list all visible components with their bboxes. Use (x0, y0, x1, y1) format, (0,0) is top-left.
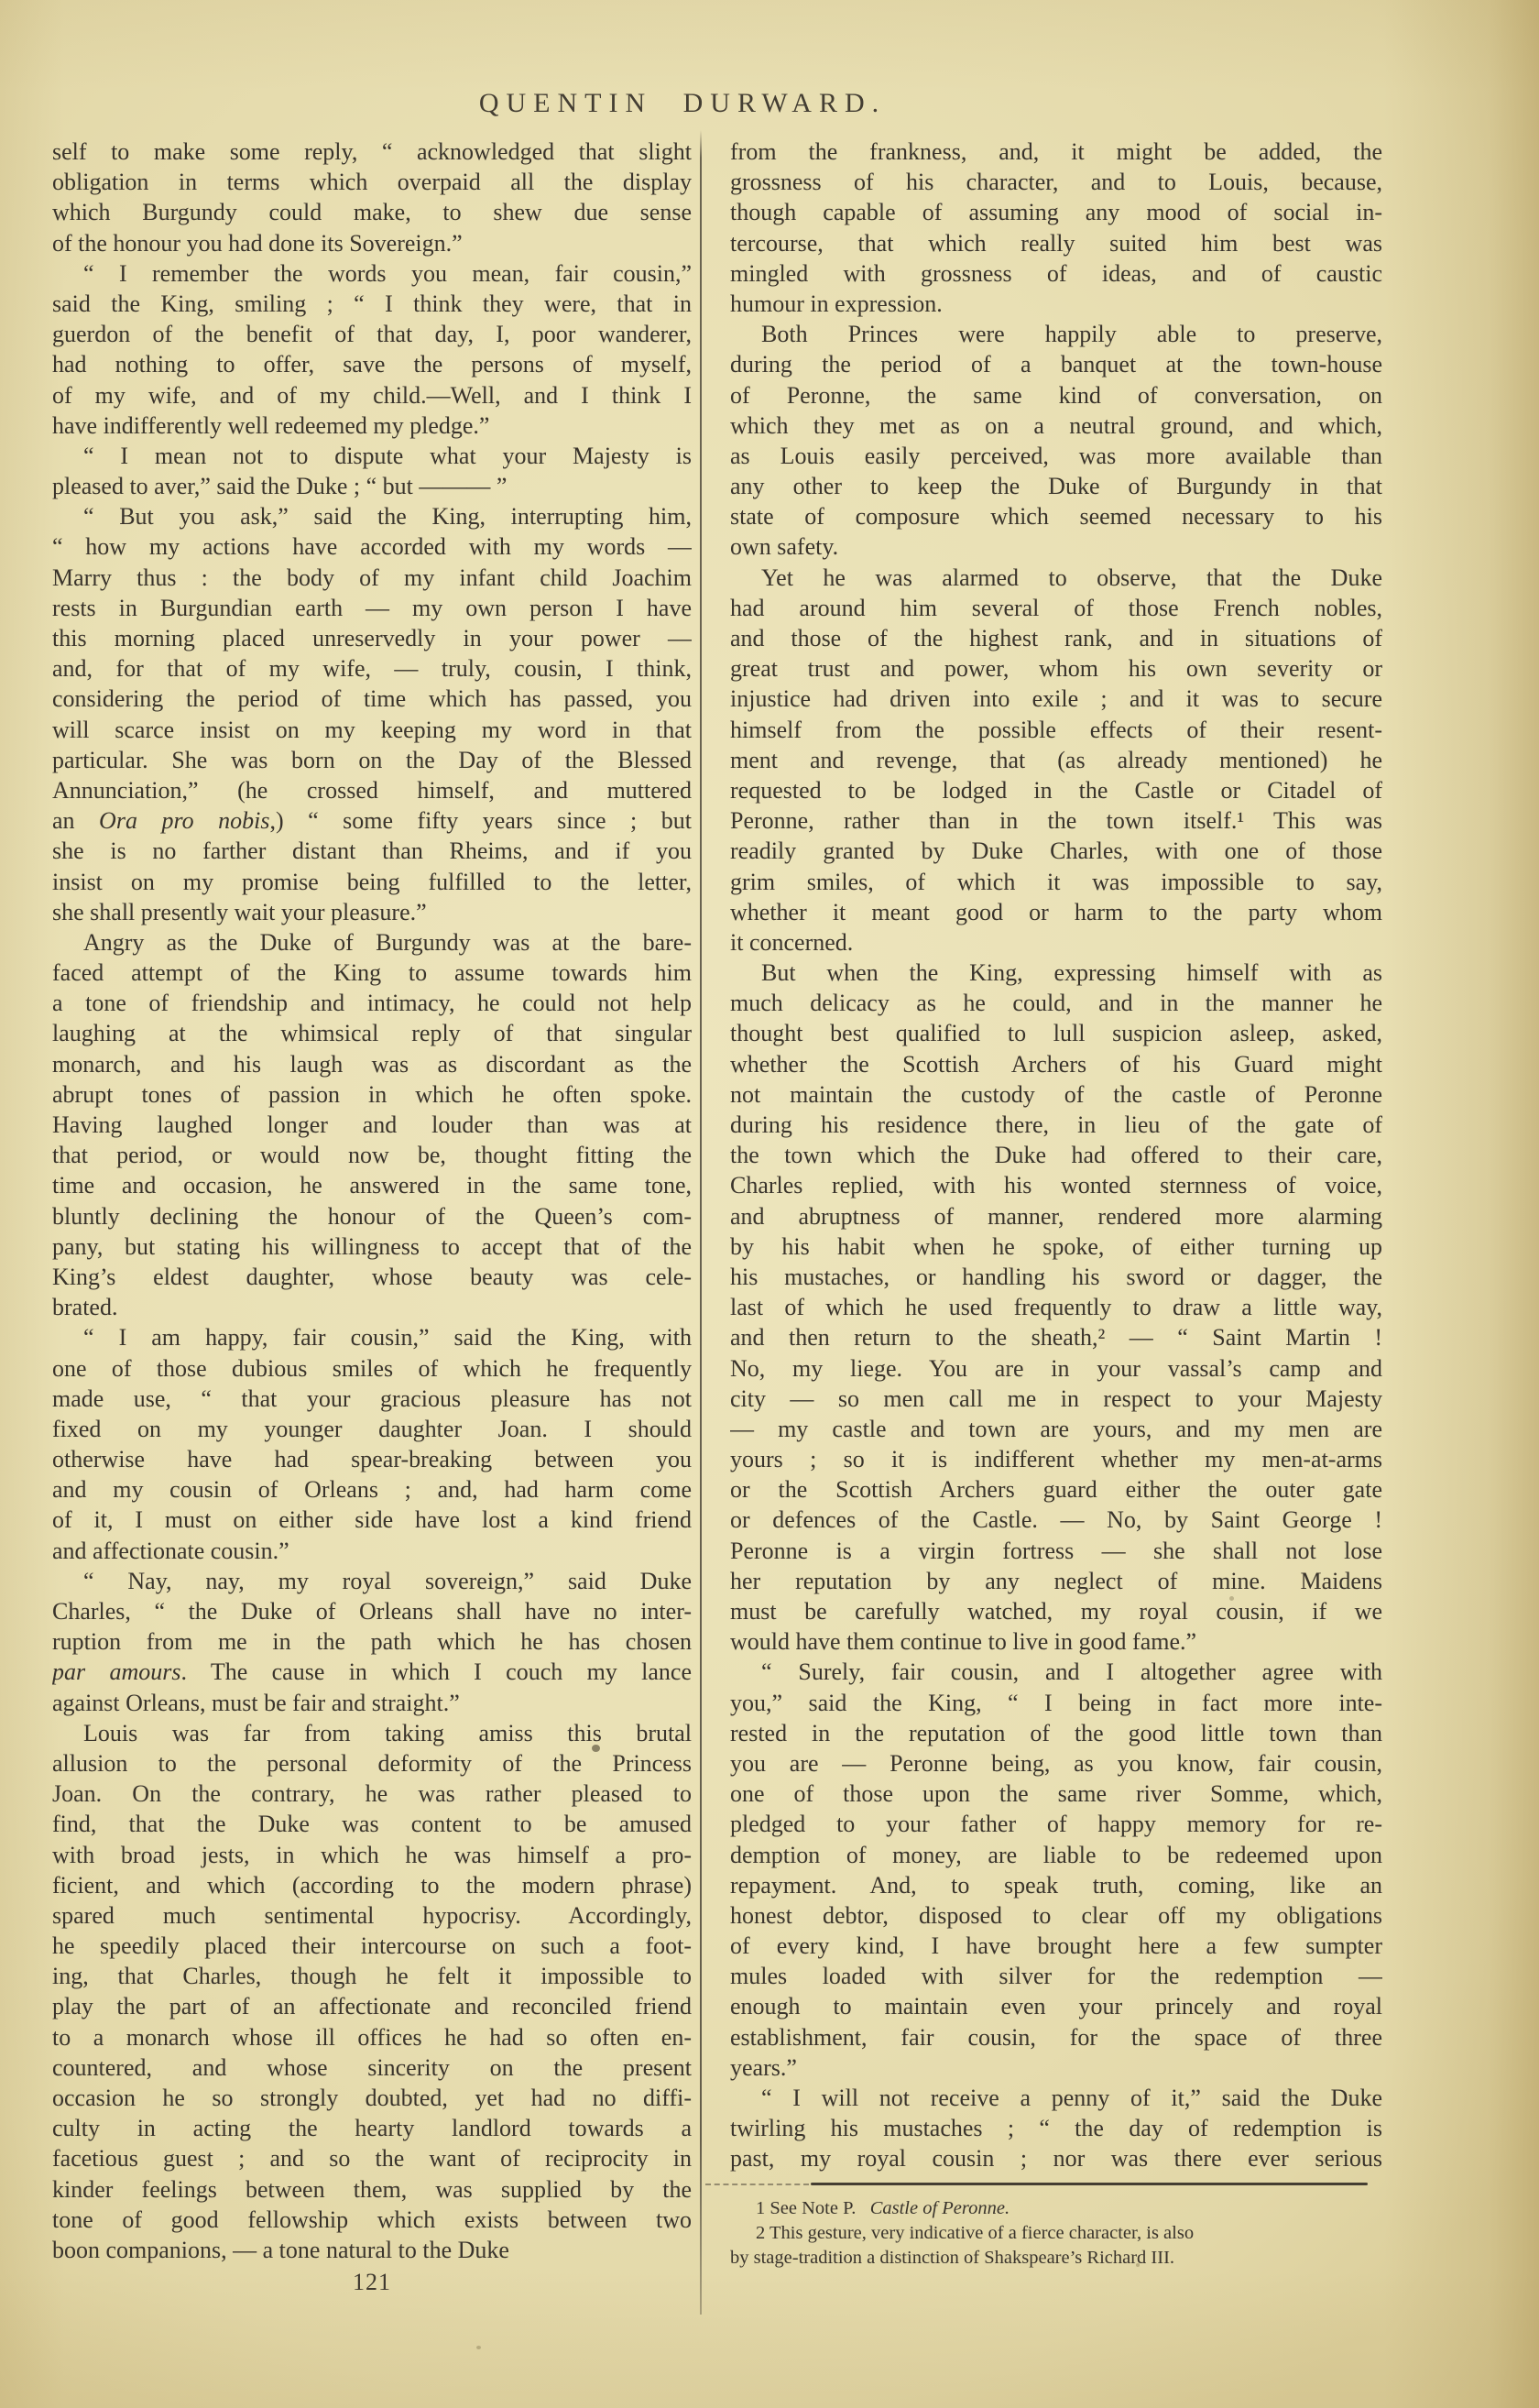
text-line: which Burgundy could make, to shew due s… (52, 197, 692, 227)
text-line: Joan. On the contrary, he was rather ple… (52, 1779, 692, 1809)
text-line: must be carefully watched, my royal cous… (730, 1596, 1382, 1626)
text-line: Marry thus : the body of my infant child… (52, 563, 692, 593)
text-line: an Ora pro nobis,) “ some fifty years si… (52, 805, 692, 836)
text-line: Peronne, rather than in the town itself.… (730, 805, 1382, 836)
text-line: “ I am happy, fair cousin,” said the Kin… (52, 1322, 692, 1352)
text-line: own safety. (730, 531, 1382, 562)
text-line: one of those dubious smiles of which he … (52, 1353, 692, 1384)
text-line: fixed on my younger daughter Joan. I sho… (52, 1414, 692, 1444)
text-line: countered, and whose sincerity on the pr… (52, 2052, 692, 2083)
text-line: and, for that of my wife, — truly, cousi… (52, 653, 692, 684)
text-line: monarch, and his laugh was as discordant… (52, 1049, 692, 1079)
text-line: “ I mean not to dispute what your Majest… (52, 441, 692, 471)
text-line: had around him several of those French n… (730, 593, 1382, 623)
text-line: establishment, fair cousin, for the spac… (730, 2022, 1382, 2052)
text-line: Angry as the Duke of Burgundy was at the… (52, 927, 692, 958)
text-line: to a monarch whose ill offices he had so… (52, 2022, 692, 2052)
text-line: last of which he used frequently to draw… (730, 1292, 1382, 1322)
text-line: by his habit when he spoke, of either tu… (730, 1231, 1382, 1262)
text-line: twirling his mustaches ; “ the day of re… (730, 2113, 1382, 2143)
text-line: of it, I must on either side have lost a… (52, 1505, 692, 1535)
text-line: of the honour you had done its Sovereign… (52, 228, 692, 258)
text-line: years.” (730, 2052, 1382, 2083)
text-line: otherwise have had spear-breaking betwee… (52, 1444, 692, 1474)
text-line: great trust and power, whom his own seve… (730, 653, 1382, 684)
text-line: and then return to the sheath,² — “ Sain… (730, 1322, 1382, 1352)
text-line: have indifferently well redeemed my pled… (52, 410, 692, 441)
text-line: bluntly declining the honour of the Quee… (52, 1201, 692, 1231)
text-line: which they met as on a neutral ground, a… (730, 410, 1382, 441)
text-line: grim smiles, of which it was impossible … (730, 867, 1382, 897)
text-line: time and occasion, he answered in the sa… (52, 1170, 692, 1200)
text-line: and affectionate cousin.” (52, 1536, 692, 1566)
text-line: of every kind, I have brought here a few… (730, 1931, 1382, 1961)
text-line: brated. (52, 1292, 692, 1322)
text-line: much delicacy as he could, and in the ma… (730, 988, 1382, 1018)
text-line: Both Princes were happily able to preser… (730, 319, 1382, 349)
text-line: abrupt tones of passion in which he ofte… (52, 1079, 692, 1110)
text-line: of my wife, and of my child.—Well, and I… (52, 380, 692, 410)
text-line: Peronne is a virgin fortress — she shall… (730, 1536, 1382, 1566)
text-line: her reputation by any neglect of mine. M… (730, 1566, 1382, 1596)
text-line: humour in expression. (730, 289, 1382, 319)
text-line: tone of good fellowship which exists bet… (52, 2205, 692, 2235)
text-line: “ I will not receive a penny of it,” sai… (730, 2083, 1382, 2113)
book-page: QUENTIN DURWARD. self to make some reply… (0, 0, 1539, 2408)
text-line: ing, that Charles, though he felt it imp… (52, 1961, 692, 1991)
text-line: Charles replied, with his wonted sternne… (730, 1170, 1382, 1200)
text-line: par amours. The cause in which I couch m… (52, 1657, 692, 1687)
left-column: self to make some reply, “ acknowledged … (52, 137, 692, 2265)
text-line: particular. She was born on the Day of t… (52, 745, 692, 775)
text-line: said the King, smiling ; “ I think they … (52, 289, 692, 319)
text-line: or defences of the Castle. — No, by Sain… (730, 1505, 1382, 1535)
text-line: or the Scottish Archers guard either the… (730, 1474, 1382, 1505)
text-line: a tone of friendship and intimacy, he co… (52, 988, 692, 1018)
text-line: though capable of assuming any mood of s… (730, 197, 1382, 227)
text-line: from the frankness, and, it might be add… (730, 137, 1382, 167)
text-line: mingled with grossness of ideas, and of … (730, 258, 1382, 289)
page-number: 121 (52, 2269, 692, 2296)
column-divider-rule (700, 130, 702, 2315)
text-line: any other to keep the Duke of Burgundy i… (730, 471, 1382, 501)
text-line: of Peronne, the same kind of conversatio… (730, 380, 1382, 410)
text-line: tercourse, that which really suited him … (730, 228, 1382, 258)
text-line: Having laughed longer and louder than wa… (52, 1110, 692, 1140)
text-line: it concerned. (730, 927, 1382, 958)
text-line: yours ; so it is indifferent whether my … (730, 1444, 1382, 1474)
text-line: — my castle and town are yours, and my m… (730, 1414, 1382, 1444)
text-line: whether it meant good or harm to the par… (730, 897, 1382, 927)
text-line: Louis was far from taking amiss this bru… (52, 1718, 692, 1748)
text-line: demption of money, are liable to be rede… (730, 1840, 1382, 1870)
text-line: past, my royal cousin ; nor was there ev… (730, 2143, 1382, 2173)
text-line: laughing at the whimsical reply of that … (52, 1018, 692, 1048)
text-line: honest debtor, disposed to clear off my … (730, 1900, 1382, 1931)
text-line: culty in acting the hearty landlord towa… (52, 2113, 692, 2143)
text-line: allusion to the personal deformity of th… (52, 1748, 692, 1779)
text-line: the town which the Duke had offered to t… (730, 1140, 1382, 1170)
text-line: and those of the highest rank, and in si… (730, 623, 1382, 653)
text-line: that period, or would now be, thought fi… (52, 1140, 692, 1170)
text-line: he speedily placed their intercourse on … (52, 1931, 692, 1961)
footnote-separator-dashes (705, 2184, 809, 2185)
text-line: ruption from me in the path which he has… (52, 1626, 692, 1657)
footnotes: 1 See Note P. Castle of Peronne.2 This g… (730, 2196, 1382, 2271)
running-head: QUENTIN DURWARD. (0, 88, 1365, 119)
text-line: pleased to aver,” said the Duke ; “ but … (52, 471, 692, 501)
text-line: requested to be lodged in the Castle or … (730, 775, 1382, 805)
text-line: city — so men call me in respect to your… (730, 1384, 1382, 1414)
text-line: Yet he was alarmed to observe, that the … (730, 563, 1382, 593)
text-line: this morning placed unreservedly in your… (52, 623, 692, 653)
text-line: facetious guest ; and so the want of rec… (52, 2143, 692, 2173)
text-line: King’s eldest daughter, whose beauty was… (52, 1262, 692, 1292)
text-line: “ how my actions have accorded with my w… (52, 531, 692, 562)
text-line: made use, “ that your gracious pleasure … (52, 1384, 692, 1414)
text-line: she shall presently wait your pleasure.” (52, 897, 692, 927)
text-line: state of composure which seemed necessar… (730, 501, 1382, 531)
text-line: you,” said the King, “ I being in fact m… (730, 1688, 1382, 1718)
text-line: No, my liege. You are in your vassal’s c… (730, 1353, 1382, 1384)
text-line: you are — Peronne being, as you know, fa… (730, 1748, 1382, 1779)
text-line: rested in the reputation of the good lit… (730, 1718, 1382, 1748)
text-line: she is no farther distant than Rheims, a… (52, 836, 692, 866)
footnote-separator-rule (811, 2183, 1368, 2185)
footnote-line: 1 See Note P. Castle of Peronne. (730, 2196, 1382, 2221)
text-line: against Orleans, must be fair and straig… (52, 1688, 692, 1718)
text-line: ment and revenge, that (as already menti… (730, 745, 1382, 775)
text-line: and abruptness of manner, rendered more … (730, 1201, 1382, 1231)
text-line: during his residence there, in lieu of t… (730, 1110, 1382, 1140)
text-line: pledged to your father of happy memory f… (730, 1809, 1382, 1839)
text-line: Charles, “ the Duke of Orleans shall hav… (52, 1596, 692, 1626)
text-line: play the part of an affectionate and rec… (52, 1991, 692, 2021)
text-line: kinder feelings between them, was suppli… (52, 2174, 692, 2205)
text-line: one of those upon the same river Somme, … (730, 1779, 1382, 1809)
text-line: rests in Burgundian earth — my own perso… (52, 593, 692, 623)
text-line: “ But you ask,” said the King, interrupt… (52, 501, 692, 531)
text-line: had nothing to offer, save the persons o… (52, 349, 692, 379)
text-line: whether the Scottish Archers of his Guar… (730, 1049, 1382, 1079)
text-line: would have them continue to live in good… (730, 1626, 1382, 1657)
text-line: “ I remember the words you mean, fair co… (52, 258, 692, 289)
text-line: repayment. And, to speak truth, coming, … (730, 1870, 1382, 1900)
text-line: But when the King, expressing himself wi… (730, 958, 1382, 988)
text-line: considering the period of time which has… (52, 684, 692, 714)
text-line: self to make some reply, “ acknowledged … (52, 137, 692, 167)
text-line: obligation in terms which overpaid all t… (52, 167, 692, 197)
text-line: grossness of his character, and to Louis… (730, 167, 1382, 197)
paper-speckle (1229, 1596, 1234, 1601)
text-line: with broad jests, in which he was himsel… (52, 1840, 692, 1870)
text-line: “ Nay, nay, my royal sovereign,” said Du… (52, 1566, 692, 1596)
text-line: insist on my promise being fulfilled to … (52, 867, 692, 897)
footnote-line: by stage-tradition a distinction of Shak… (730, 2246, 1382, 2271)
text-line: pany, but stating his willingness to acc… (52, 1231, 692, 1262)
paper-speckle (476, 2346, 481, 2349)
text-line: boon companions, — a tone natural to the… (52, 2235, 692, 2265)
text-line: mules loaded with silver for the redempt… (730, 1961, 1382, 1991)
text-line: and my cousin of Orleans ; and, had harm… (52, 1474, 692, 1505)
text-line: Annunciation,” (he crossed himself, and … (52, 775, 692, 805)
text-line: occasion he so strongly doubted, yet had… (52, 2083, 692, 2113)
text-line: find, that the Duke was content to be am… (52, 1809, 692, 1839)
text-line: faced attempt of the King to assume towa… (52, 958, 692, 988)
text-line: readily granted by Duke Charles, with on… (730, 836, 1382, 866)
text-line: “ Surely, fair cousin, and I altogether … (730, 1657, 1382, 1687)
ink-blot (592, 1745, 600, 1752)
text-line: as Louis easily perceived, was more avai… (730, 441, 1382, 471)
text-line: during the period of a banquet at the to… (730, 349, 1382, 379)
text-line: not maintain the custody of the castle o… (730, 1079, 1382, 1110)
footnote-line: 2 This gesture, very indicative of a fie… (730, 2221, 1382, 2246)
text-line: will scarce insist on my keeping my word… (52, 715, 692, 745)
text-line: his mustaches, or handling his sword or … (730, 1262, 1382, 1292)
paper-speckle (1136, 2263, 1140, 2267)
text-line: ficient, and which (according to the mod… (52, 1870, 692, 1900)
text-line: injustice had driven into exile ; and it… (730, 684, 1382, 714)
text-line: himself from the possible effects of the… (730, 715, 1382, 745)
text-line: spared much sentimental hypocrisy. Accor… (52, 1900, 692, 1931)
text-line: thought best qualified to lull suspicion… (730, 1018, 1382, 1048)
text-line: enough to maintain even your princely an… (730, 1991, 1382, 2021)
text-line: guerdon of the benefit of that day, I, p… (52, 319, 692, 349)
right-column: from the frankness, and, it might be add… (730, 137, 1382, 2174)
